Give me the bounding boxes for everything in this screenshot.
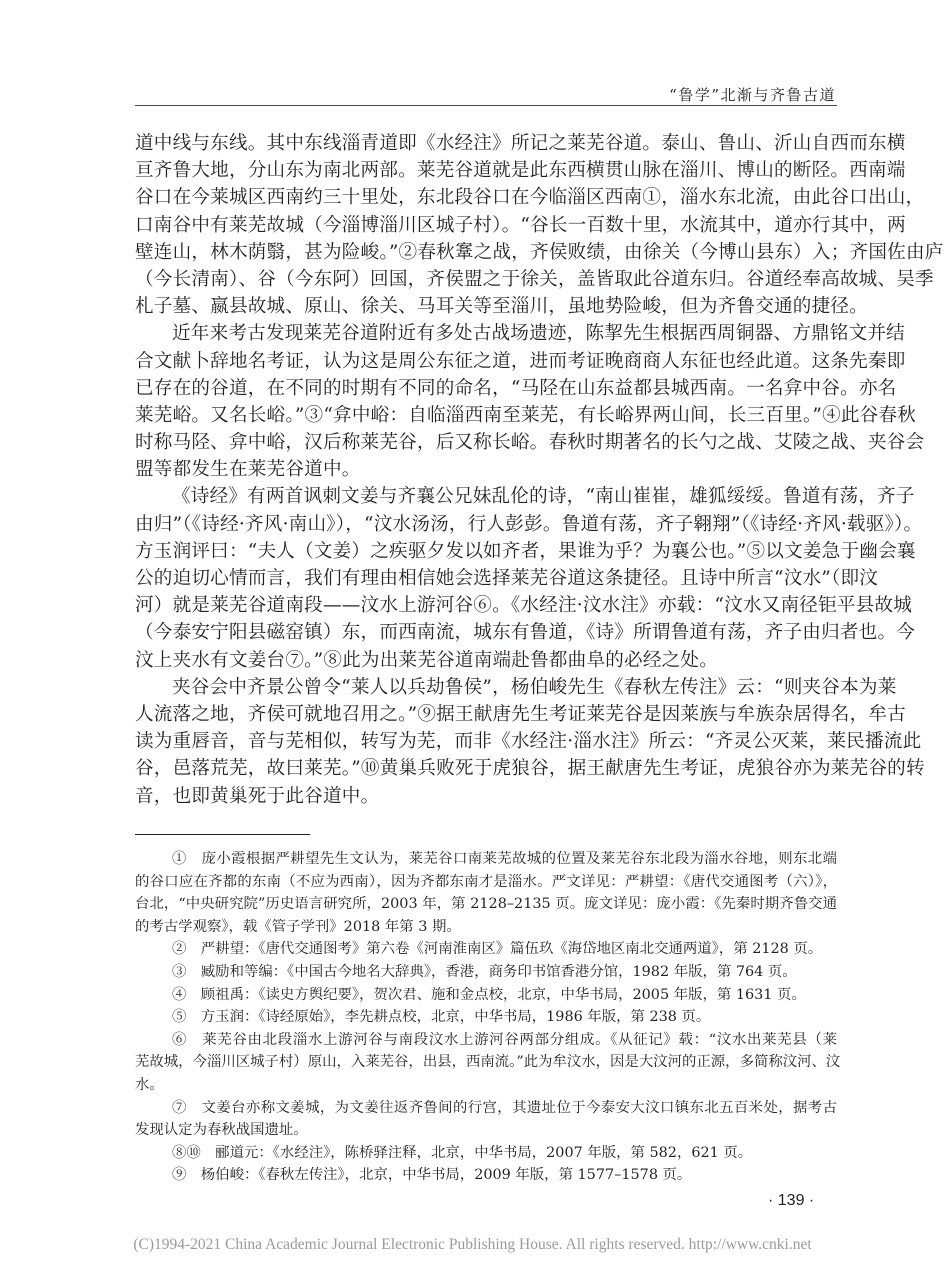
footnote-1: ① 庞小霞根据严耕望先生文认为，莱芜谷口南莱芜故城的位置及莱芜谷东北段为淄水谷地… [135, 848, 837, 871]
page-number: · 139 · [768, 1192, 814, 1210]
body-line: 盟等都发生在莱芜谷道中。 [135, 456, 837, 483]
body-text: 道中线与东线。其中东线淄青道即《水经注》所记之莱芜谷道。泰山、鲁山、沂山自西而东… [135, 130, 837, 810]
body-line: 口南谷中有莱芜故城（今淄博淄川区城子村）。“谷长一百数十里，水流其中，道亦行其中… [135, 212, 837, 239]
footnote-8-10: ⑧⑩ 郦道元：《水经注》，陈桥驿注释，北京，中华书局，2007 年版，第 582… [135, 1142, 837, 1165]
paragraph-start-line: 近年来考古发现莱芜谷道附近有多处古战场遗迹，陈挈先生根据西周铜器、方鼎铭文并结 [135, 320, 837, 347]
body-line: 公的迫切心情而言，我们有理由相信她会选择莱芜谷道这条捷径。且诗中所言“汶水”（即… [135, 565, 837, 592]
body-line: 音，也即黄巢死于此谷道中。 [135, 783, 837, 810]
footnote-1-cont: 的谷口应在齐都的东南（不应为西南），因为齐都东南才是淄水。严文详见：严耕望：《唐… [135, 871, 837, 894]
footnote-7: ⑦ 文姜台亦称文姜城，为文姜往返齐鲁间的行宫，其遗址位于今泰安大汶口镇东北五百米… [135, 1097, 837, 1120]
paragraph-start-line: 夹谷会中齐景公曾令“莱人以兵劫鲁侯”，杨伯峻先生《春秋左传注》云：“则夹谷本为莱 [135, 674, 837, 701]
body-line: 汶上夹水有文姜台⑦。”⑧此为出莱芜谷道南端赴鲁都曲阜的必经之处。 [135, 647, 837, 674]
footnote-6-cont: 芜故城，今淄川区城子村）原山，入莱芜谷，出县，西南流。”此为牟汶水，因是大汶河的… [135, 1051, 837, 1074]
header-rule [135, 105, 837, 106]
footnote-1-cont: 的考古学观察》，载《管子学刊》2018 年第 3 期。 [135, 916, 837, 939]
footnote-5: ⑤ 方玉润：《诗经原始》，李先耕点校，北京，中华书局，1986 年版，第 238… [135, 1006, 837, 1029]
body-line: 已存在的谷道，在不同的时期有不同的命名，“马陉在山东益都县城西南。一名弇中谷。亦… [135, 375, 837, 402]
body-line: 读为重唇音，音与芜相似，转写为芜，而非《水经注·淄水注》所云：“齐灵公灭莱，莱民… [135, 728, 837, 755]
footnote-2: ② 严耕望：《唐代交通图考》第六卷《河南淮南区》篇伍玖《海岱地区南北交通两道》，… [135, 938, 837, 961]
paragraph-start-line: 《诗经》有两首讽刺文姜与齐襄公兄妹乱伦的诗，“南山崔崔，雄狐绥绥。鲁道有荡，齐子 [135, 483, 837, 510]
copyright-notice: (C)1994-2021 China Academic Journal Elec… [2, 1236, 943, 1254]
footnote-4: ④ 顾祖禹：《读史方舆纪要》，贺次君、施和金点校，北京，中华书局，2005 年版… [135, 984, 837, 1007]
body-line: （今长清南）、谷（今东阿）回国，齐侯盟之于徐关，盖皆取此谷道东归。谷道经奉高故城… [135, 266, 837, 293]
body-line: 人流落之地，齐侯可就地召用之。”⑨据王献唐先生考证莱芜谷是因莱族与牟族杂居得名，… [135, 701, 837, 728]
body-line: 合文献卜辞地名考证，认为这是周公东征之道，进而考证晚商商人东征也经此道。这条先秦… [135, 348, 837, 375]
footnote-6-cont: 水。 [135, 1074, 837, 1097]
footnote-6: ⑥ 莱芜谷由北段淄水上游河谷与南段汶水上游河谷两部分组成。《从征记》载：“汶水出… [135, 1029, 837, 1052]
body-line: 由归”（《诗经·齐风·南山》），“汶水汤汤，行人彭彭。鲁道有荡，齐子翱翔”（《诗… [135, 511, 837, 538]
running-header-title: “鲁学”北渐与齐鲁古道 [669, 84, 836, 105]
body-line: 方玉润评曰：“夫人（文姜）之疾驱夕发以如齐者，果谁为乎？为襄公也。”⑤以文姜急于… [135, 538, 837, 565]
body-line: 亘齐鲁大地，分山东为南北两部。莱芜谷道就是此东西横贯山脉在淄川、博山的断陉。西南… [135, 157, 837, 184]
body-line: 谷，邑落荒芜，故曰莱芜。”⑩黄巢兵败死于虎狼谷，据王献唐先生考证，虎狼谷亦为莱芜… [135, 755, 837, 782]
body-line: 道中线与东线。其中东线淄青道即《水经注》所记之莱芜谷道。泰山、鲁山、沂山自西而东… [135, 130, 837, 157]
footnotes: ① 庞小霞根据严耕望先生文认为，莱芜谷口南莱芜故城的位置及莱芜谷东北段为淄水谷地… [135, 848, 837, 1187]
body-line: 莱芜峪。又名长峪。”③“弇中峪：自临淄西南至莱芜，有长峪界两山间，长三百里。”④… [135, 402, 837, 429]
body-line: 时称马陉、弇中峪，汉后称莱芜谷，后又称长峪。春秋时期著名的长勺之战、艾陵之战、夹… [135, 429, 837, 456]
body-line: 谷口在今莱城区西南约三十里处，东北段谷口在今临淄区西南①，淄水东北流，由此谷口出… [135, 184, 837, 211]
body-line: （今泰安宁阳县磁窑镇）东，而西南流，城东有鲁道，《诗》所谓鲁道有荡，齐子由归者也… [135, 619, 837, 646]
body-line: 壁连山，林木荫翳，甚为险峻。”②春秋鞌之战，齐侯败绩，由徐关（今博山县东）入；齐… [135, 239, 837, 266]
footnote-3: ③ 臧励和等编：《中国古今地名大辞典》，香港，商务印书馆香港分馆，1982 年版… [135, 961, 837, 984]
footnote-7-cont: 发现认定为春秋战国遗址。 [135, 1119, 837, 1142]
footnote-9: ⑨ 杨伯峻：《春秋左传注》，北京，中华书局，2009 年版，第 1577–157… [135, 1164, 837, 1187]
footnote-1-cont: 台北，“中央研究院”历史语言研究所，2003 年，第 2128–2135 页。庞… [135, 893, 837, 916]
footnote-separator [135, 834, 310, 835]
body-line: 河）就是莱芜谷道南段——汶水上游河谷⑥。《水经注·汶水注》亦载：“汶水又南径钜平… [135, 592, 837, 619]
body-line: 札子墓、嬴县故城、原山、徐关、马耳关等至淄川，虽地势险峻，但为齐鲁交通的捷径。 [135, 293, 837, 320]
